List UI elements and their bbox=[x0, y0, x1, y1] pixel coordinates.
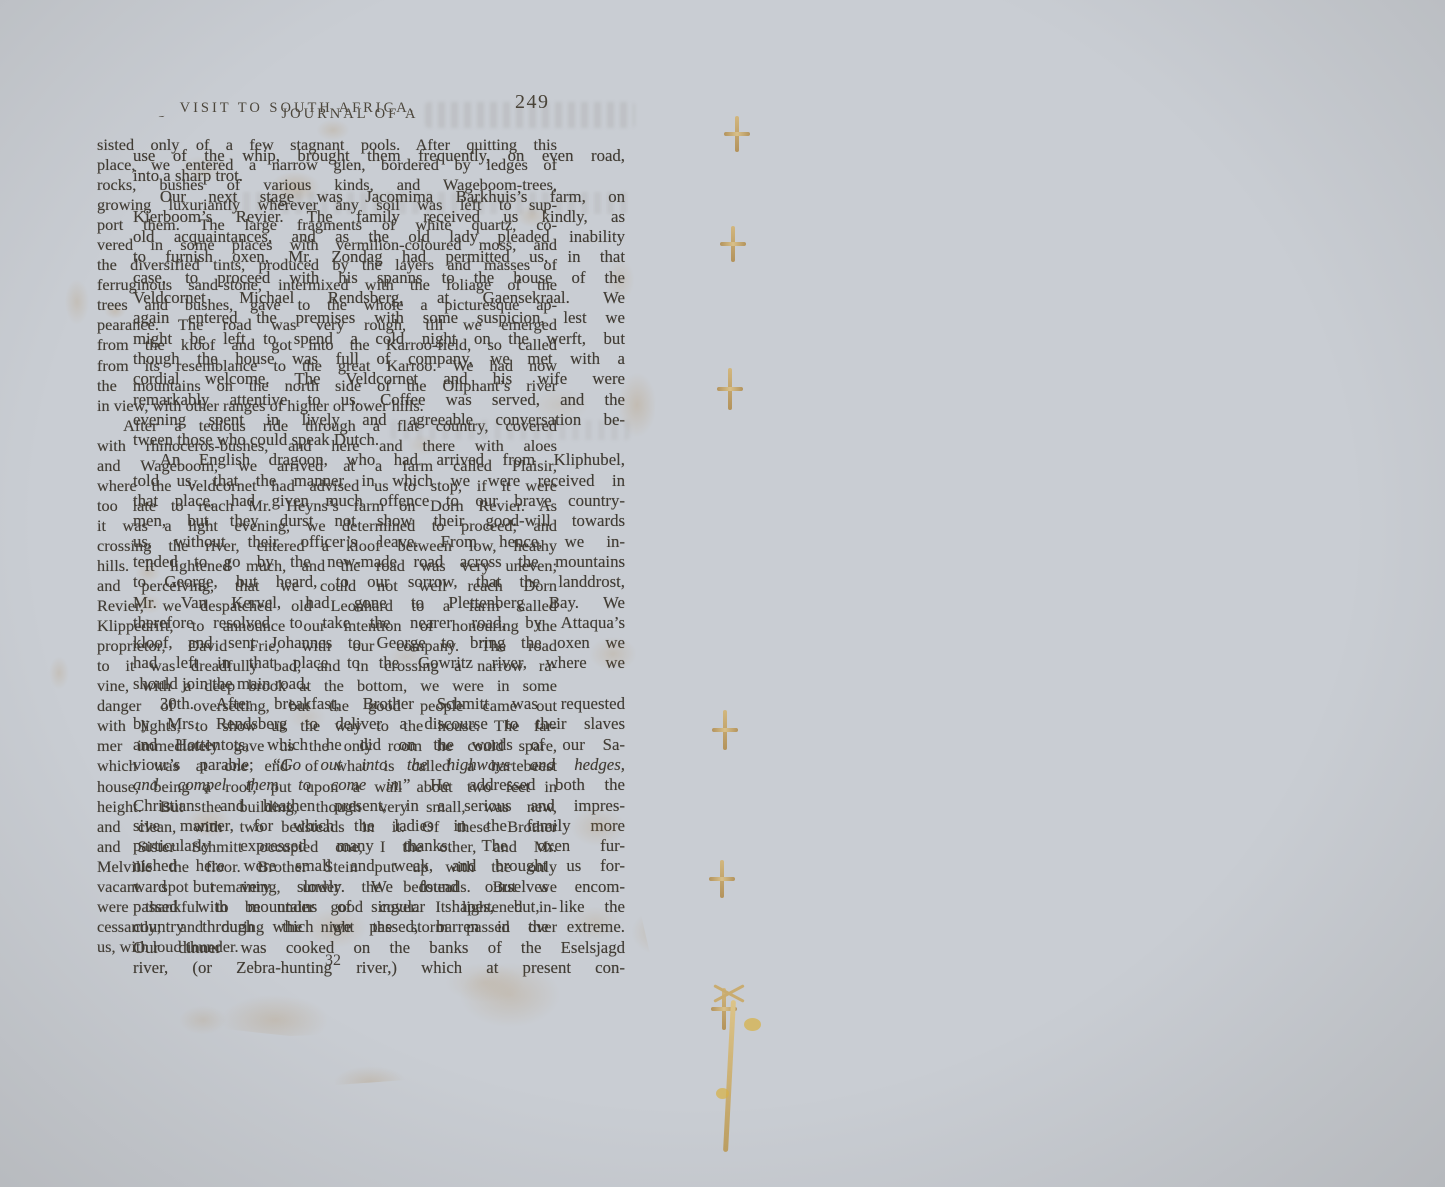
text-line: rocks, bushes of various kinds, and Wage… bbox=[97, 175, 557, 195]
text-line: proprietor, David Frie, with our company… bbox=[97, 636, 557, 656]
text-line: Klippedrift, to announce our intention o… bbox=[97, 616, 557, 636]
foxing-spot bbox=[200, 985, 350, 1055]
page-text-right: sisted only of a few stagnant pools. Aft… bbox=[97, 135, 557, 957]
text-line: and perceiving, that we could not well r… bbox=[97, 576, 557, 596]
text-line: were thankful to be under good cover. It… bbox=[97, 897, 557, 917]
foxing-spot bbox=[100, 30, 320, 70]
text-line: sisted only of a few stagnant pools. Aft… bbox=[97, 135, 557, 155]
text-line: After a tedious ride through a flat coun… bbox=[97, 416, 557, 436]
text-line: from its resemblance to the great Karroo… bbox=[97, 356, 557, 376]
text-line: crossing the river, entered a kloof betw… bbox=[97, 536, 557, 556]
text-line: Revier, we despatched old Leonhard to a … bbox=[97, 596, 557, 616]
text-line: trees and bushes, gave to the whole a pi… bbox=[97, 295, 557, 315]
book-photo: 248 JOURNAL OF A use of the whip, brough… bbox=[0, 0, 1445, 1187]
text-line: and Wageboom, we arrived at a farm calle… bbox=[97, 456, 557, 476]
text-line: the mountains on the north side of the O… bbox=[97, 376, 557, 396]
foxing-spot bbox=[45, 650, 73, 696]
wax-fleck bbox=[744, 1018, 761, 1031]
foxing-spot bbox=[170, 1000, 236, 1040]
binding-stitch bbox=[735, 116, 739, 152]
text-line: the diversified tints, produced by the l… bbox=[97, 255, 557, 275]
text-line: pearance. The road was very rough, till … bbox=[97, 315, 557, 335]
text-line: house, being a roof, put upon a wall abo… bbox=[97, 777, 557, 797]
text-line: Melville the floor. Brother Stein put up… bbox=[97, 857, 557, 877]
text-line: it was a light evening, we determined to… bbox=[97, 516, 557, 536]
text-line: cessantly; and during the night the stor… bbox=[97, 917, 557, 937]
text-line: where the Veldcornet had advised us to s… bbox=[97, 476, 557, 496]
wax-fleck bbox=[716, 1088, 729, 1099]
text-line: too late to reach Mr. Heyns’s farm on Do… bbox=[97, 496, 557, 516]
text-line: which was at one end of what is called a… bbox=[97, 756, 557, 776]
text-line: height. But the building, though very sm… bbox=[97, 797, 557, 817]
text-line: mer immediately gave us the only room he… bbox=[97, 736, 557, 756]
running-header-right: VISIT TO SOUTH AFRICA. bbox=[148, 100, 448, 117]
text-line: hills. It lightened much, and the road w… bbox=[97, 556, 557, 576]
text-line: to it was dreadfully bad, and in crossin… bbox=[97, 656, 557, 676]
text-line: with lights, to show us the way to the h… bbox=[97, 716, 557, 736]
binding-stitch bbox=[720, 860, 724, 898]
page-number-right: 249 bbox=[515, 91, 550, 114]
text-line: in view, with other ranges of higher or … bbox=[97, 396, 557, 416]
text-line: from the kloof and got into the Karroo-f… bbox=[97, 335, 557, 355]
text-line: with rhinoceros-bushes, and here and the… bbox=[97, 436, 557, 456]
text-line: and Sister Schmitt occupied one, I the o… bbox=[97, 837, 557, 857]
text-line: growing luxuriantly wherever any soil wa… bbox=[97, 195, 557, 215]
binding-stitch bbox=[731, 226, 735, 262]
text-line: danger of oversetting, but the good peop… bbox=[97, 696, 557, 716]
signature-mark: 32 bbox=[103, 952, 563, 970]
text-line: and clean, with two bedsteads in it. Of … bbox=[97, 817, 557, 837]
text-line: vered in some places with vermilion-colo… bbox=[97, 235, 557, 255]
text-line: place, we entered a narrow glen, bordere… bbox=[97, 155, 557, 175]
binding-stitch bbox=[728, 368, 732, 410]
text-line: port them. The large fragments of white … bbox=[97, 215, 557, 235]
foxing-spot bbox=[620, 900, 700, 964]
text-line: vacant spot remaining, under the bedstea… bbox=[97, 877, 557, 897]
text-line: ferruginous sand-stone, intermixed with … bbox=[97, 275, 557, 295]
foxing-spot bbox=[320, 1060, 420, 1104]
text-line: vine, with a deep brook at the bottom, w… bbox=[97, 676, 557, 696]
foxing-spot bbox=[60, 270, 94, 334]
binding-stitch bbox=[723, 710, 727, 750]
